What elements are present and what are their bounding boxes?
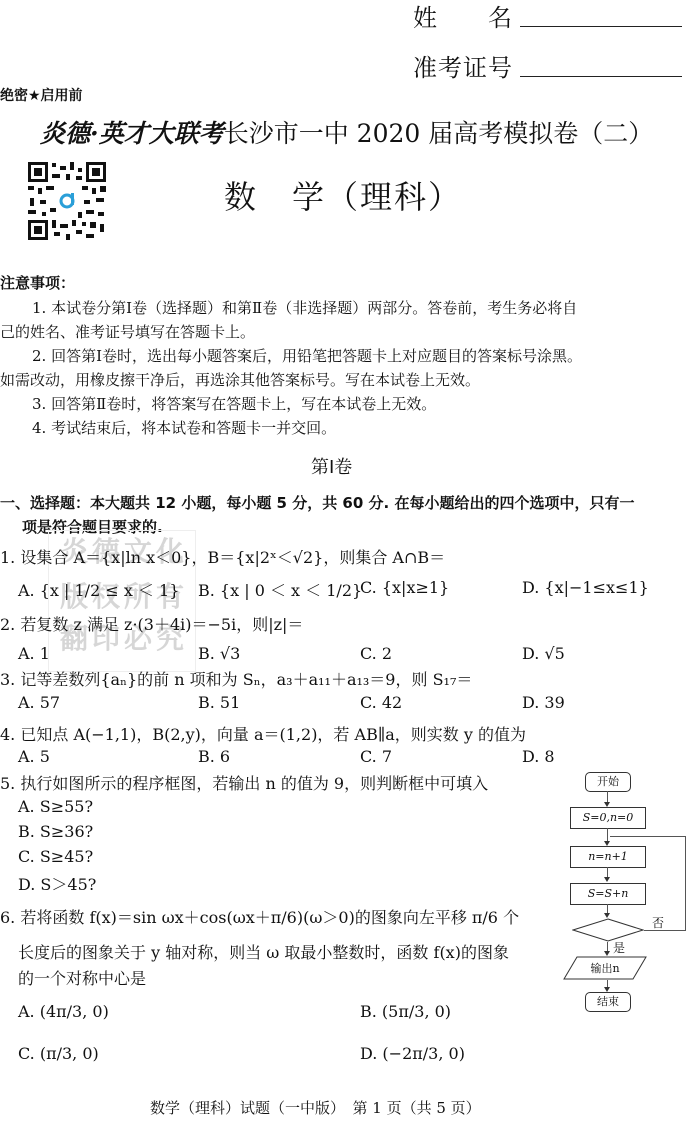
flowchart-step-sum: S=S+n — [570, 883, 646, 905]
question-3-option-d: D. 39 — [522, 693, 565, 712]
question-4-option-c: C. 7 — [360, 747, 392, 766]
question-4-option-d: D. 8 — [522, 747, 555, 766]
note-item: 如需改动，用橡皮擦干净后，再选涂其他答案标号。写在本试卷上无效。 — [0, 368, 480, 392]
flowchart-decision — [572, 918, 644, 942]
note-item: 4. 考试结束后，将本试卷和答题卡一并交回。 — [32, 416, 336, 440]
note-item: 3. 回答第Ⅱ卷时，将答案写在答题卡上，写在本试卷上无效。 — [32, 392, 436, 416]
note-item: 1. 本试卷分第Ⅰ卷（选择题）和第Ⅱ卷（非选择题）两部分。答卷前，考生务必将自 — [32, 296, 577, 320]
flowchart-step-increment: n=n+1 — [570, 846, 646, 868]
exam-title: 炎德·英才大联考长沙市一中 2020 届高考模拟卷（二） — [40, 114, 653, 150]
question-6-stem-cont: 长度后的图象关于 y 轴对称，则当 ω 取最小整数时，函数 f(x)的图象 — [18, 940, 509, 963]
question-3-option-a: A. 57 — [18, 693, 60, 712]
question-6-stem-cont: 的一个对称中心是 — [18, 966, 146, 989]
question-5-option-d: D. S＞45? — [18, 872, 96, 895]
question-2-stem: 2. 若复数 z 满足 z·(3＋4i)＝−5i，则|z|＝ — [0, 612, 303, 635]
question-3-option-c: C. 42 — [360, 693, 402, 712]
question-1-option-b: B. {x | 0 ＜ x ＜ 1/2} — [198, 578, 362, 601]
notes-heading: 注意事项： — [0, 272, 75, 293]
confidential-label: 绝密★启用前 — [0, 85, 83, 105]
question-2-option-b: B. √3 — [198, 644, 240, 663]
question-5-stem: 5. 执行如图所示的程序框图，若输出 n 的值为 9，则判断框中可填入 — [0, 771, 488, 794]
question-6-option-d: D. (−2π/3, 0) — [360, 1044, 465, 1063]
flowchart-start: 开始 — [585, 772, 631, 792]
question-5-option-b: B. S≥36? — [18, 822, 93, 841]
flowchart-end: 结束 — [585, 992, 631, 1012]
question-4-option-b: B. 6 — [198, 747, 230, 766]
question-6-option-c: C. (π/3, 0) — [18, 1044, 99, 1063]
flowchart-init: S=0,n=0 — [570, 807, 646, 829]
question-5-option-c: C. S≥45? — [18, 847, 93, 866]
question-4-stem: 4. 已知点 A(−1,1)，B(2,y)，向量 a＝(1,2)，若 AB∥a，… — [0, 722, 526, 745]
exam-id-label: 准考证号 — [413, 48, 513, 83]
exam-brand: 炎德·英才大联考 — [40, 119, 224, 148]
question-6-option-a: A. (4π/3, 0) — [18, 1002, 109, 1021]
question-1-option-c: C. {x|x≥1} — [360, 578, 449, 597]
qr-code-icon — [26, 160, 108, 242]
exam-id-field[interactable] — [520, 76, 682, 77]
question-3-option-b: B. 51 — [198, 693, 240, 712]
question-1-stem: 1. 设集合 A＝{x|ln x＜0}，B＝{x|2ˣ＜√2}，则集合 A∩B＝ — [0, 545, 445, 568]
subject-title: 数 学（理科） — [224, 172, 462, 218]
question-4-option-a: A. 5 — [18, 747, 50, 766]
question-6-stem: 6. 若将函数 f(x)＝sin ωx＋cos(ωx＋π/6)(ω＞0)的图象向… — [0, 905, 519, 928]
question-2-option-a: A. 1 — [18, 644, 50, 663]
question-2-option-d: D. √5 — [522, 644, 565, 663]
question-6-option-b: B. (5π/3, 0) — [360, 1002, 451, 1021]
question-3-stem: 3. 记等差数列{aₙ}的前 n 项和为 Sₙ，a₃＋a₁₁＋a₁₃＝9，则 S… — [0, 667, 472, 690]
exam-title-rest: 长沙市一中 2020 届高考模拟卷（二） — [224, 119, 654, 148]
note-item: 己的姓名、准考证号填写在答题卡上。 — [0, 320, 255, 344]
volume-title: 第Ⅰ卷 — [311, 453, 352, 479]
question-1-option-a: A. {x | 1/2 ≤ x ＜ 1} — [18, 578, 179, 601]
question-1-option-d: D. {x|−1≤x≤1} — [522, 578, 649, 597]
page-footer: 数学（理科）试题（一中版） 第 1 页（共 5 页） — [150, 1097, 481, 1118]
question-5-option-a: A. S≥55? — [18, 797, 93, 816]
flowchart-no-label: 否 — [652, 914, 664, 931]
flowchart: 开始 S=0,n=0 n=n+1 S=S+n 否 是 输出n 结束 — [555, 770, 700, 1020]
name-field[interactable] — [520, 26, 682, 27]
question-2-option-c: C. 2 — [360, 644, 392, 663]
section-heading: 一、选择题：本大题共 12 小题，每小题 5 分，共 60 分. 在每小题给出的… — [0, 492, 634, 513]
flowchart-output: 输出n — [563, 960, 647, 976]
name-label: 姓 名 — [413, 0, 513, 33]
note-item: 2. 回答第Ⅰ卷时，选出每小题答案后，用铅笔把答题卡上对应题目的答案标号涂黑。 — [32, 344, 582, 368]
flowchart-yes-label: 是 — [613, 939, 625, 956]
